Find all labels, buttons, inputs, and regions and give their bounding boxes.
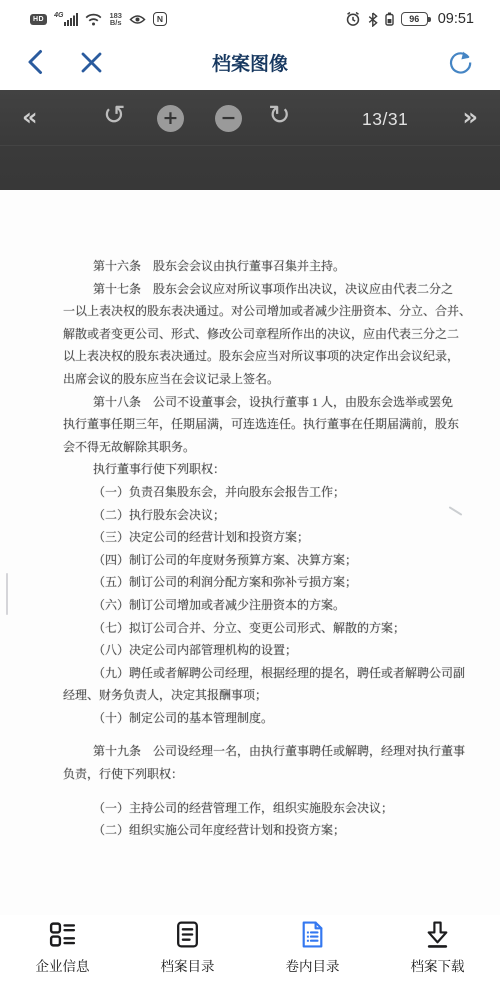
tab-archive-download[interactable]: 档案下载: [375, 920, 500, 995]
status-icons-right: 96 09:51: [345, 11, 474, 27]
refresh-icon: [447, 49, 474, 76]
download-arrow-icon: [423, 920, 452, 949]
alarm-clock-icon: [345, 11, 361, 27]
doc-line: 经理、财务负责人，决定其报酬事项；: [63, 684, 482, 707]
screen: HD 4G 183 B/s: [0, 0, 500, 995]
doc-line: 执行董事行使下列职权：: [63, 458, 482, 481]
doc-line: （四）制订公司的年度财务预算方案、决算方案；: [63, 549, 482, 572]
doc-line: （一）主持公司的经营管理工作，组织实施股东会决议；: [63, 797, 482, 820]
tab-archive-directory[interactable]: 档案目录: [125, 920, 250, 995]
doc-line: 出席会议的股东应当在会议记录上签名。: [63, 368, 482, 391]
zoom-in-button[interactable]: +: [157, 105, 184, 132]
status-time: 09:51: [438, 11, 474, 27]
nav-bar: 档案图像: [0, 34, 500, 90]
bluetooth-icon: [368, 12, 378, 27]
doc-line: 以上表决权的股东表决通过。股东会应当对所议事项的决定作出会议纪录，: [63, 345, 482, 368]
tab-label: 档案下载: [411, 955, 465, 975]
doc-line: 一以上表决权的股东表决通过。对公司增加或者减少注册资本、分立、合并、: [63, 300, 482, 323]
doc-line: （一）负责召集股东会，并向股东会报告工作；: [63, 481, 482, 504]
close-button[interactable]: [80, 51, 103, 74]
battery-percent: 96: [409, 14, 419, 24]
doc-line: 第十七条 股东会会议应对所议事项作出决议，决议应由代表二分之: [63, 278, 482, 301]
document-list-icon: [298, 920, 327, 949]
network-speed: 183 B/s: [109, 12, 122, 27]
doc-line: 解散或者变更公司、形式、修改公司章程所作出的决议，应由代表三分之二: [63, 323, 482, 346]
page-title: 档案图像: [0, 49, 500, 76]
status-icons-left: HD 4G 183 B/s: [30, 12, 167, 27]
tab-label: 企业信息: [36, 955, 90, 975]
viewer-toolbar: « ↺ + − ↻ 13/31 »: [0, 90, 500, 190]
earbud-battery-icon: [385, 12, 394, 26]
doc-line: 会不得无故解除其职务。: [63, 436, 482, 459]
document-text: 第十六条 股东会会议由执行董事召集并主持。第十七条 股东会会议应对所议事项作出决…: [0, 190, 500, 842]
document-lines-icon: [173, 920, 202, 949]
doc-line: （三）决定公司的经营计划和投资方案；: [63, 526, 482, 549]
chevron-left-icon: [26, 49, 44, 75]
doc-line: （八）决定公司内部管理机构的设置；: [63, 639, 482, 662]
tab-bar: 企业信息 档案目录 卷内目录: [0, 915, 500, 995]
battery-icon: 96: [401, 12, 428, 26]
rotate-cw-button[interactable]: ↻: [268, 102, 291, 129]
tab-enterprise-info[interactable]: 企业信息: [0, 920, 125, 995]
doc-line: （七）拟订公司合并、分立、变更公司形式、解散的方案；: [63, 617, 482, 640]
prev-page-button[interactable]: «: [22, 105, 38, 129]
wifi-icon: [85, 13, 102, 26]
doc-line: （十）制定公司的基本管理制度。: [63, 707, 482, 730]
nfc-icon: N: [153, 12, 167, 26]
document-page[interactable]: 第十六条 股东会会议由执行董事召集并主持。第十七条 股东会会议应对所议事项作出决…: [0, 190, 500, 915]
doc-line: （五）制订公司的利润分配方案和弥补亏损方案；: [63, 571, 482, 594]
refresh-button[interactable]: [447, 49, 474, 76]
back-button[interactable]: [26, 49, 44, 75]
viewer-controls: « ↺ + − ↻ 13/31 »: [0, 90, 500, 146]
hd-voice-icon: HD: [30, 14, 47, 25]
network-type-label: 4G: [54, 12, 63, 19]
tab-label: 卷内目录: [286, 955, 340, 975]
eye-comfort-icon: [129, 14, 146, 25]
doc-line: （六）制订公司增加或者减少注册资本的方案。: [63, 594, 482, 617]
doc-line: （九）聘任或者解聘公司经理，根据经理的提名，聘任或者解聘公司副: [63, 662, 482, 685]
status-bar: HD 4G 183 B/s: [0, 0, 500, 34]
tab-volume-directory[interactable]: 卷内目录: [250, 920, 375, 995]
doc-line: （二）执行股东会决议；: [63, 504, 482, 527]
close-icon: [80, 51, 103, 74]
doc-line: 第十八条 公司不设董事会，设执行董事 1 人，由股东会选举或罢免: [63, 391, 482, 414]
doc-line: 执行董事任期三年，任期届满，可连选连任。执行董事在任期届满前，股东: [63, 413, 482, 436]
tab-label: 档案目录: [161, 955, 215, 975]
zoom-out-button[interactable]: −: [215, 105, 242, 132]
org-list-icon: [48, 920, 77, 949]
signal-bars-icon: 4G: [54, 13, 78, 26]
page-indicator: 13/31: [362, 109, 408, 130]
doc-line: 负责，行使下列职权：: [63, 763, 482, 786]
scan-artifact: [6, 573, 8, 615]
doc-line: （二）组织实施公司年度经营计划和投资方案；: [63, 819, 482, 842]
next-page-button[interactable]: »: [462, 105, 478, 129]
doc-line: 第十六条 股东会会议由执行董事召集并主持。: [63, 255, 482, 278]
doc-line: 第十九条 公司设经理一名，由执行董事聘任或解聘，经理对执行董事: [63, 740, 482, 763]
rotate-ccw-button[interactable]: ↺: [103, 102, 126, 129]
